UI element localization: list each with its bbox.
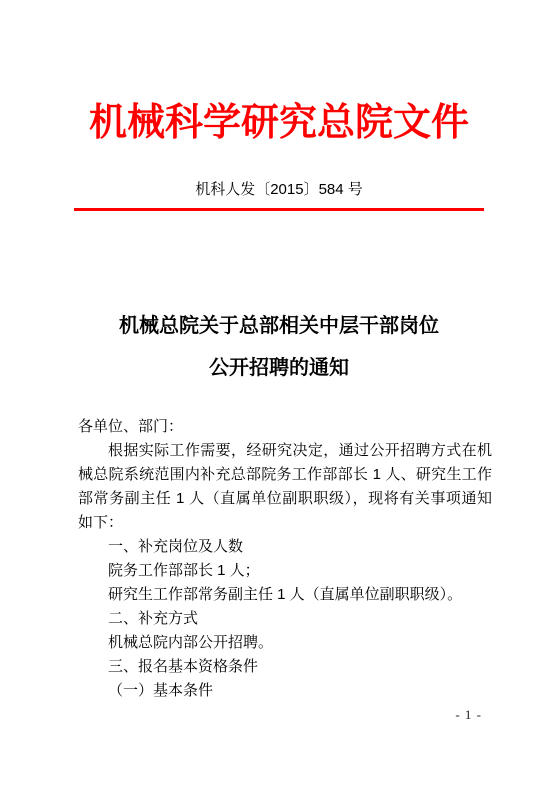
document-title-line2: 公开招聘的通知 xyxy=(0,347,558,389)
document-body: 各单位、部门： 根据实际工作需要，经研究决定，通过公开招聘方式在机械总院系统范围… xyxy=(0,415,558,703)
org-masthead-title: 机械科学研究总院文件 xyxy=(0,0,558,142)
salutation-line: 各单位、部门： xyxy=(78,415,492,439)
page-number: - 1 - xyxy=(455,707,482,723)
section-heading-1: 一、补充岗位及人数 xyxy=(78,535,492,559)
subsection-heading-basic-conditions: （一）基本条件 xyxy=(78,679,492,703)
position-line-director: 院务工作部部长 1 人； xyxy=(78,559,492,583)
red-divider-rule xyxy=(74,208,484,211)
section-heading-3: 三、报名基本资格条件 xyxy=(78,655,492,679)
document-title: 机械总院关于总部相关中层干部岗位 公开招聘的通知 xyxy=(0,305,558,389)
position-line-deputy: 研究生工作部常务副主任 1 人（直属单位副职职级）。 xyxy=(78,583,492,607)
recruitment-method-line: 机械总院内部公开招聘。 xyxy=(78,631,492,655)
document-number: 机科人发〔2015〕584 号 xyxy=(0,180,558,200)
document-page: 机械科学研究总院文件 机科人发〔2015〕584 号 机械总院关于总部相关中层干… xyxy=(0,0,558,786)
intro-paragraph: 根据实际工作需要，经研究决定，通过公开招聘方式在机械总院系统范围内补充总部院务工… xyxy=(78,439,492,535)
document-title-line1: 机械总院关于总部相关中层干部岗位 xyxy=(0,305,558,347)
section-heading-2: 二、补充方式 xyxy=(78,607,492,631)
